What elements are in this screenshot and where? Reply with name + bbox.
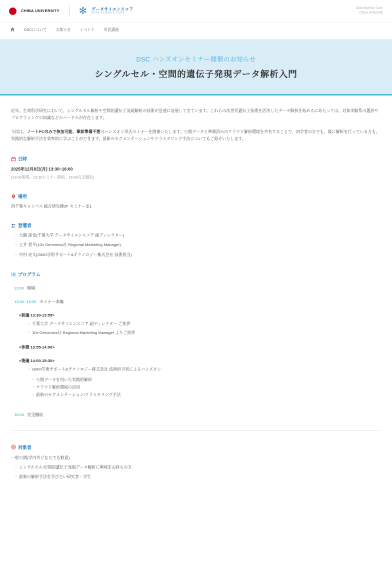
program-item: GMO学術サポート&テクノロジー株式会社 技術担当者によるハンズオン bbox=[27, 366, 381, 372]
section-datetime-label: 日時 bbox=[18, 156, 27, 163]
section-speakers-header: 登壇者 bbox=[11, 222, 381, 229]
event-date: 2025年12月8日(月) 13:30~16:00 bbox=[11, 166, 381, 172]
main-nav: DSCについて お知らせ イベント 市民講座 bbox=[0, 22, 392, 37]
section-venue-body: 西千葉キャンパス 総合研究棟2F セミナー室1 bbox=[11, 204, 381, 210]
intro-paragraph-1: 近年、生命科学研究において、シングルセル解析や空間的遺伝子発現解析の技術が急速に… bbox=[11, 108, 381, 122]
section-audience-header: 対象者 bbox=[11, 444, 381, 451]
audience-item: シングルセル/空間的遺伝子発現データ解析に興味をお持ちの方 bbox=[14, 464, 381, 470]
hero-category: DSC ハンズオンセミナー開催のお知らせ bbox=[136, 54, 256, 63]
intro: 近年、生命科学研究において、シングルセル解析や空間的遺伝子発現解析の技術が急速に… bbox=[11, 108, 381, 143]
people-icon bbox=[11, 223, 16, 228]
program-close-time: 16:00 bbox=[14, 412, 24, 417]
program-main-time: 13:30~15:30 bbox=[14, 300, 36, 305]
intro-p2-lead: 今回は、 bbox=[11, 130, 27, 135]
intro-paragraph-2: 今回は、ノートPCのみで参加可能、事前準備不要のハンズオン形式セミナーを開催いた… bbox=[11, 129, 381, 143]
speakers-list: 大隅 達也(千葉大学 データサイエンスコア 副ディレクター) 土井 貴平(10x… bbox=[11, 233, 381, 259]
section-datetime-header: 日時 bbox=[11, 156, 381, 163]
header-right-line2: Chiba University bbox=[356, 11, 383, 15]
speaker-item: 大隅 達也(千葉大学 データサイエンスコア 副ディレクター) bbox=[14, 233, 381, 239]
section-program-label: プログラム bbox=[18, 271, 40, 278]
logo-divider bbox=[69, 6, 70, 17]
program-subitem: 最新のセグメンテーション/クラスタリング手法 bbox=[31, 392, 381, 398]
section-audience-label: 対象者 bbox=[18, 444, 32, 451]
event-date-note: (13:00開場、13:30セミナー開始、16:00完全撤収) bbox=[11, 175, 381, 181]
section-venue-header: 場所 bbox=[11, 193, 381, 200]
section-venue-label: 場所 bbox=[18, 193, 27, 200]
program-close-label: 完全撤収 bbox=[27, 412, 43, 417]
audience-list: シングルセル/空間的遺伝子発現データ解析に興味をお持ちの方 最新の解析手法を学び… bbox=[11, 464, 381, 480]
program-row-close: 16:00 完全撤収 bbox=[14, 412, 381, 418]
program-row-main: 13:30~15:30 セミナー本編 bbox=[14, 299, 381, 305]
hero-banner: DSC ハンズオンセミナー開催のお知らせ シングルセル・空間的遺伝子発現データ解… bbox=[0, 40, 392, 96]
section-divider bbox=[11, 430, 381, 431]
section-datetime-body: 2025年12月8日(月) 13:30~16:00 (13:00開場、13:30… bbox=[11, 166, 381, 180]
section-datetime: 日時 2025年12月8日(月) 13:30~16:00 (13:00開場、13… bbox=[11, 156, 381, 181]
speaker-item: 中村 亮太(GMO学術サポート&テクノロジー株式会社 技術担当) bbox=[14, 252, 381, 258]
section-venue: 場所 西千葉キャンパス 総合研究棟2F セミナー室1 bbox=[11, 193, 381, 209]
header-right-text: Data Science Core Chiba University bbox=[356, 7, 383, 16]
program-part1-items: 千葉大学 データサイエンスコア 副ディレクター ご挨拶 10x Genomics… bbox=[14, 321, 381, 336]
section-speakers-label: 登壇者 bbox=[18, 222, 32, 229]
page-title: シングルセル・空間的遺伝子発現データ解析入門 bbox=[95, 67, 298, 80]
venue-text: 西千葉キャンパス 総合研究棟2F セミナー室1 bbox=[11, 204, 381, 210]
section-audience: 対象者 一般公開(学内外どなたでも歓迎) シングルセル/空間的遺伝子発現データ解… bbox=[11, 444, 381, 480]
nav-item-events[interactable]: イベント bbox=[80, 27, 95, 33]
speaker-item: 土井 貴平(10x Genomics社 Regional Marketing M… bbox=[14, 242, 381, 248]
main-content: 近年、生命科学研究において、シングルセル解析や空間的遺伝子発現解析の技術が急速に… bbox=[0, 96, 392, 481]
calendar-icon bbox=[11, 156, 16, 161]
program-part1-heading: <前編 13:30-13:55> bbox=[19, 313, 381, 319]
chiba-university-logo-icon bbox=[9, 7, 17, 15]
page: CHIBA UNIVERSITY ✻ データサイエンスコア DATA SCIEN… bbox=[0, 0, 392, 566]
intro-p2-bold: ノートPCのみで参加可能、事前準備不要 bbox=[27, 130, 100, 135]
section-speakers: 登壇者 大隅 達也(千葉大学 データサイエンスコア 副ディレクター) 土井 貴平… bbox=[11, 222, 381, 258]
program-part2-items: GMO学術サポート&テクノロジー株式会社 技術担当者によるハンズオン bbox=[14, 366, 381, 372]
dsc-logo-text: データサイエンスコア DATA SCIENCE CORE bbox=[91, 8, 133, 15]
target-icon bbox=[11, 445, 16, 450]
audience-lead: 一般公開(学内外どなたでも歓迎) bbox=[11, 455, 381, 461]
program-subitem: クラウド解析環境の活用 bbox=[31, 384, 381, 390]
nav-item-public-course[interactable]: 市民講座 bbox=[104, 27, 119, 33]
home-icon[interactable] bbox=[10, 27, 15, 32]
program-item: 千葉大学 データサイエンスコア 副ディレクター ご挨拶 bbox=[27, 321, 381, 327]
program-part2-heading: <後編 14:00-15:30> bbox=[19, 358, 381, 364]
program-open-time: 13:00 bbox=[14, 286, 24, 291]
program-row-open: 13:00 開場 bbox=[14, 286, 381, 292]
map-pin-icon bbox=[11, 194, 16, 199]
program-subitem: 公開データを用いた実践的解析 bbox=[31, 377, 381, 383]
program-open-label: 開場 bbox=[27, 286, 35, 291]
nav-item-about-dsc[interactable]: DSCについて bbox=[24, 27, 47, 33]
logo-group: CHIBA UNIVERSITY ✻ データサイエンスコア DATA SCIEN… bbox=[9, 6, 133, 17]
audience-item: 最新の解析手法を学びたい研究者・学生 bbox=[14, 474, 381, 480]
program-main-label: セミナー本編 bbox=[39, 300, 63, 305]
program-break-heading: <休憩 13:55-14:00> bbox=[19, 344, 381, 350]
program-part2-subitems: 公開データを用いた実践的解析 クラウド解析環境の活用 最新のセグメンテーション/… bbox=[14, 377, 381, 398]
list-icon bbox=[11, 272, 16, 277]
dsc-logo-icon: ✻ bbox=[79, 6, 87, 16]
program-body: 13:00 開場 13:30~15:30 セミナー本編 <前編 13:30-13… bbox=[11, 286, 381, 418]
dsc-logo-subtitle: DATA SCIENCE CORE bbox=[91, 12, 133, 14]
program-item: 10x Genomics社 Regional Marketing Manager… bbox=[27, 330, 381, 336]
section-program-header: プログラム bbox=[11, 271, 381, 278]
chiba-university-logo-text: CHIBA UNIVERSITY bbox=[21, 9, 59, 13]
nav-item-news[interactable]: お知らせ bbox=[56, 27, 71, 33]
section-program: プログラム 13:00 開場 13:30~15:30 セミナー本編 <前編 13… bbox=[11, 271, 381, 417]
site-header: CHIBA UNIVERSITY ✻ データサイエンスコア DATA SCIEN… bbox=[0, 0, 392, 22]
